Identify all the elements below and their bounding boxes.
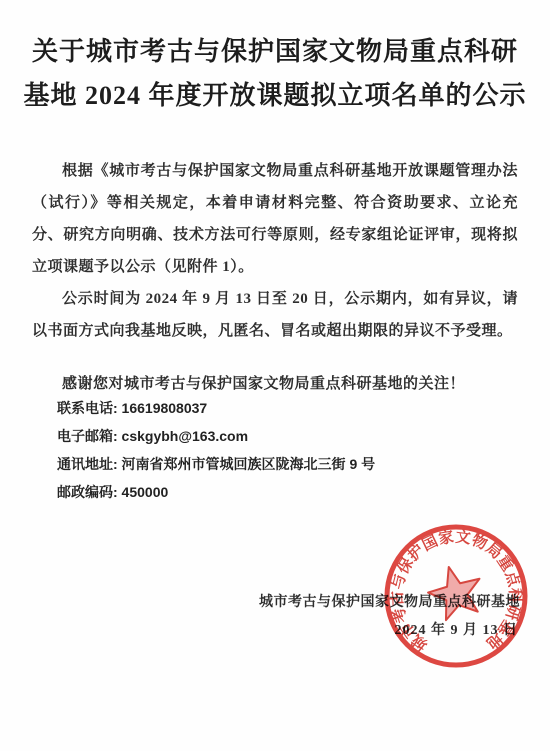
document-body: 根据《城市考古与保护国家文物局重点科研基地开放课题管理办法（试行）》等相关规定，… [32,155,518,400]
contact-phone: 联系电话: 16619808037 [57,394,518,422]
title-line-2: 基地 2024 年度开放课题拟立项名单的公示 [22,74,528,118]
paragraph-basis: 根据《城市考古与保护国家文物局重点科研基地开放课题管理办法（试行）》等相关规定，… [32,155,518,283]
signature-date: 2024 年 9 月 13 日 [395,619,519,639]
document-page: 关于城市考古与保护国家文物局重点科研 基地 2024 年度开放课题拟立项名单的公… [0,0,550,751]
document-title: 关于城市考古与保护国家文物局重点科研 基地 2024 年度开放课题拟立项名单的公… [22,30,528,118]
title-line-1: 关于城市考古与保护国家文物局重点科研 [22,30,528,74]
contact-block: 联系电话: 16619808037 电子邮箱: cskgybh@163.com … [57,394,518,506]
signature-organization: 城市考古与保护国家文物局重点科研基地 [259,591,520,611]
contact-postcode: 邮政编码: 450000 [57,478,518,506]
contact-address: 通讯地址: 河南省郑州市管城回族区陇海北三街 9 号 [57,450,518,478]
paragraph-publicity-period: 公示时间为 2024 年 9 月 13 日至 20 日，公示期内，如有异议，请以… [32,283,518,347]
contact-email: 电子邮箱: cskgybh@163.com [57,422,518,450]
